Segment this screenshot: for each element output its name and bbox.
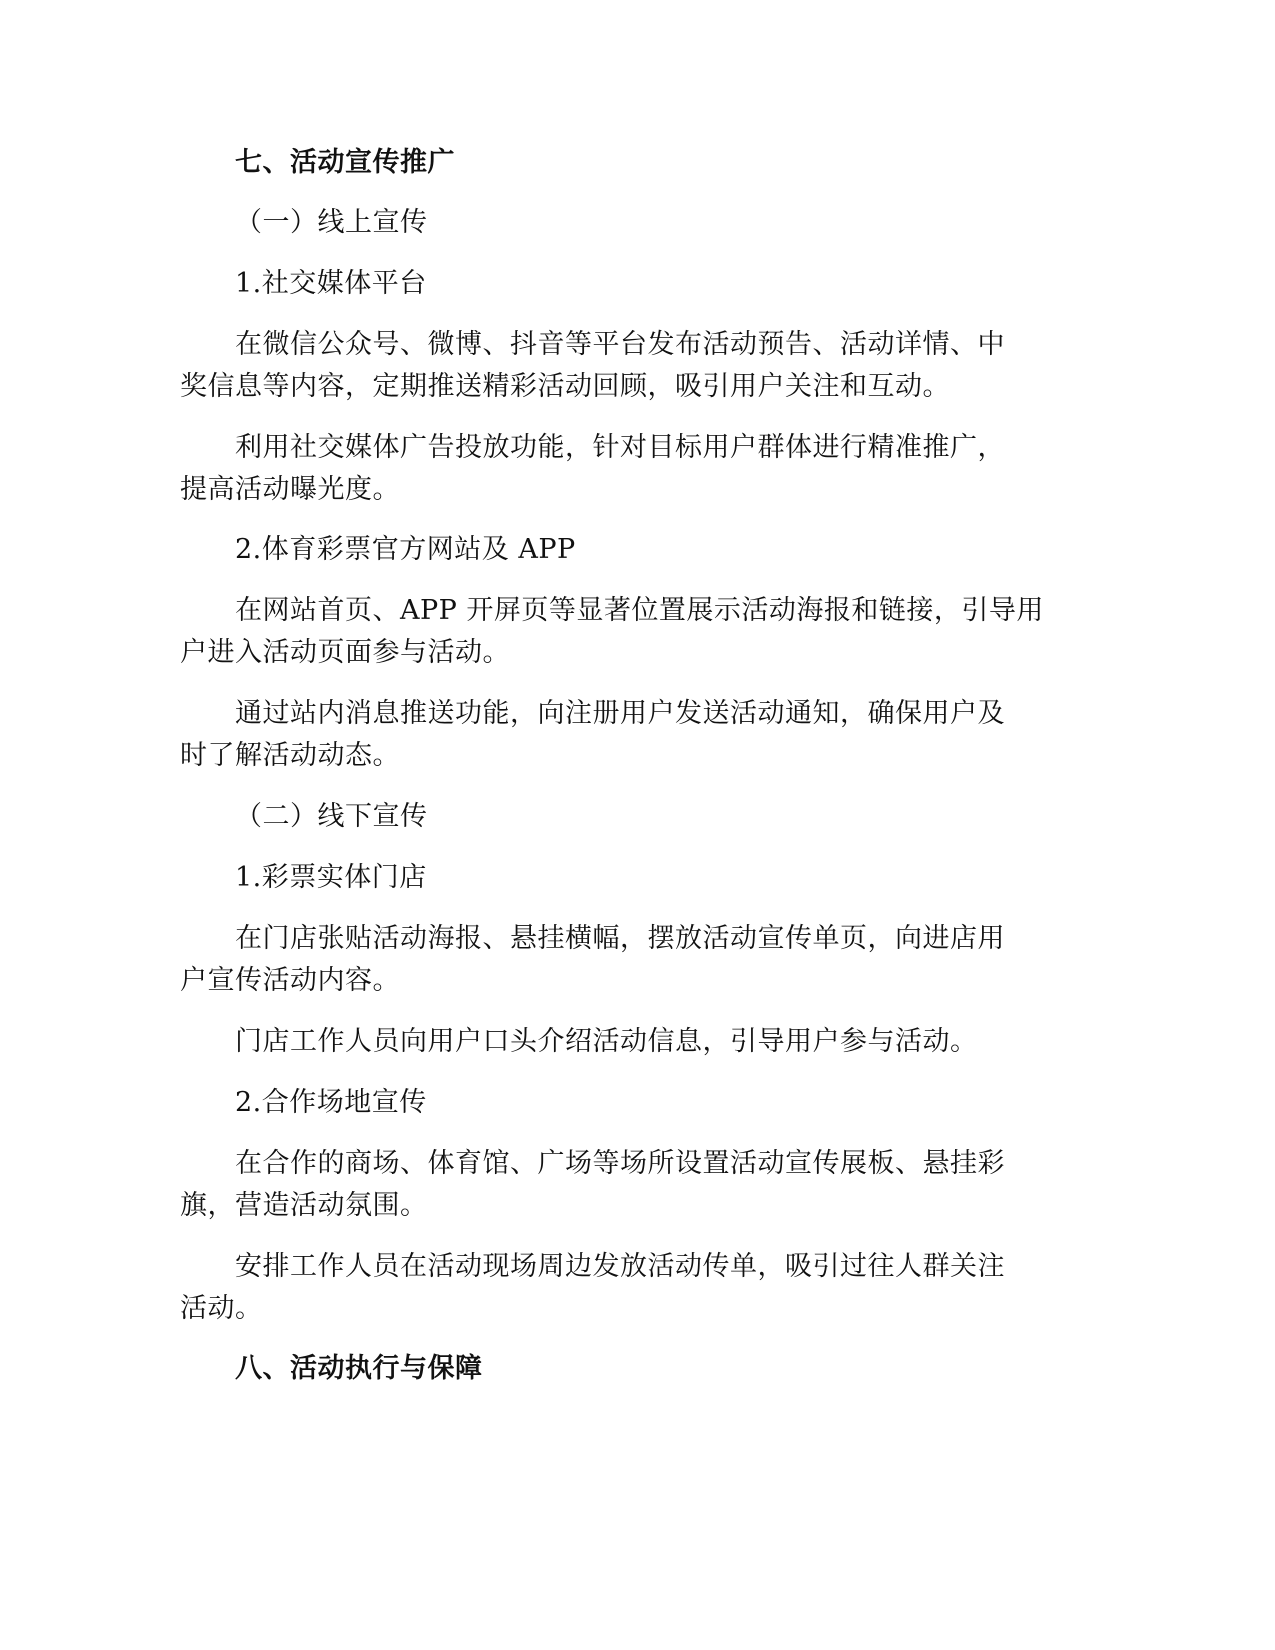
paragraph-line: 在网站首页、APP 开屏页等显著位置展示活动海报和链接，引导用 bbox=[235, 591, 1115, 631]
section-heading-8: 八、活动执行与保障 bbox=[235, 1349, 1115, 1389]
paragraph-line: 门店工作人员向用户口头介绍活动信息，引导用户参与活动。 bbox=[235, 1022, 1115, 1062]
paragraph-line: 奖信息等内容，定期推送精彩活动回顾，吸引用户关注和互动。 bbox=[180, 367, 1060, 407]
paragraph-line: 安排工作人员在活动现场周边发放活动传单，吸引过往人群关注 bbox=[235, 1247, 1115, 1287]
subsection-heading-online: （一）线上宣传 bbox=[235, 203, 1115, 243]
paragraph-line: 户进入活动页面参与活动。 bbox=[180, 633, 1060, 673]
paragraph-line: 时了解活动动态。 bbox=[180, 736, 1060, 776]
paragraph-line: 户宣传活动内容。 bbox=[180, 961, 1060, 1001]
section-heading-7: 七、活动宣传推广 bbox=[235, 143, 1115, 183]
paragraph-line: 在门店张贴活动海报、悬挂横幅，摆放活动宣传单页，向进店用 bbox=[235, 919, 1115, 959]
item-heading-social-media: 1.社交媒体平台 bbox=[235, 264, 1115, 304]
paragraph-line: 通过站内消息推送功能，向注册用户发送活动通知，确保用户及 bbox=[235, 694, 1115, 734]
paragraph-line: 利用社交媒体广告投放功能，针对目标用户群体进行精准推广， bbox=[235, 428, 1115, 468]
paragraph-line: 提高活动曝光度。 bbox=[180, 470, 1060, 510]
item-heading-official-site: 2.体育彩票官方网站及 APP bbox=[235, 530, 1115, 570]
paragraph-line: 在合作的商场、体育馆、广场等场所设置活动宣传展板、悬挂彩 bbox=[235, 1144, 1115, 1184]
item-heading-retail-stores: 1.彩票实体门店 bbox=[235, 858, 1115, 898]
paragraph-line: 活动。 bbox=[180, 1289, 1060, 1329]
paragraph-line: 在微信公众号、微博、抖音等平台发布活动预告、活动详情、中 bbox=[235, 325, 1115, 365]
subsection-heading-offline: （二）线下宣传 bbox=[235, 797, 1115, 837]
document-page: 七、活动宣传推广 （一）线上宣传 1.社交媒体平台 在微信公众号、微博、抖音等平… bbox=[0, 0, 1275, 1650]
paragraph-line: 旗，营造活动氛围。 bbox=[180, 1186, 1060, 1226]
item-heading-partner-venues: 2.合作场地宣传 bbox=[235, 1083, 1115, 1123]
